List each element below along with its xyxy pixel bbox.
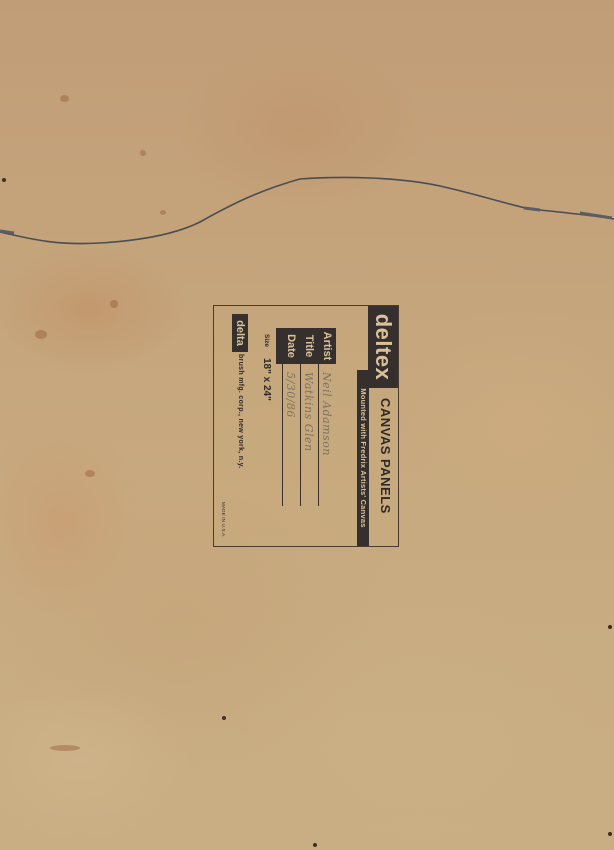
- maker-text: brush mfg. corp., new york, n.y.: [237, 354, 244, 469]
- date-line: [282, 364, 283, 506]
- manufacturer-label: deltex CANVAS PANELS Mounted with Fredri…: [213, 305, 399, 547]
- artist-value: Neil Adamson: [320, 372, 333, 456]
- field-labels-block: Artist Title Date: [276, 328, 336, 364]
- made-in-usa: MADE IN U.S.A.: [221, 502, 226, 538]
- title-value: Watkins Glen: [302, 372, 315, 452]
- title-line: [300, 364, 301, 506]
- brand-logo: deltex: [368, 306, 398, 388]
- date-label: Date: [285, 328, 297, 364]
- artist-label: Artist: [321, 328, 333, 364]
- size-value: 18" x 24": [261, 358, 272, 401]
- maker-logo: delta: [232, 314, 248, 352]
- date-value: 5/30/86: [284, 372, 297, 418]
- label-subline: Mounted with Fredrix Artists' Canvas: [357, 370, 369, 546]
- label-headline: CANVAS PANELS: [378, 398, 393, 514]
- size-label: Size: [263, 334, 270, 347]
- title-label: Title: [303, 328, 315, 364]
- artist-line: [318, 364, 319, 506]
